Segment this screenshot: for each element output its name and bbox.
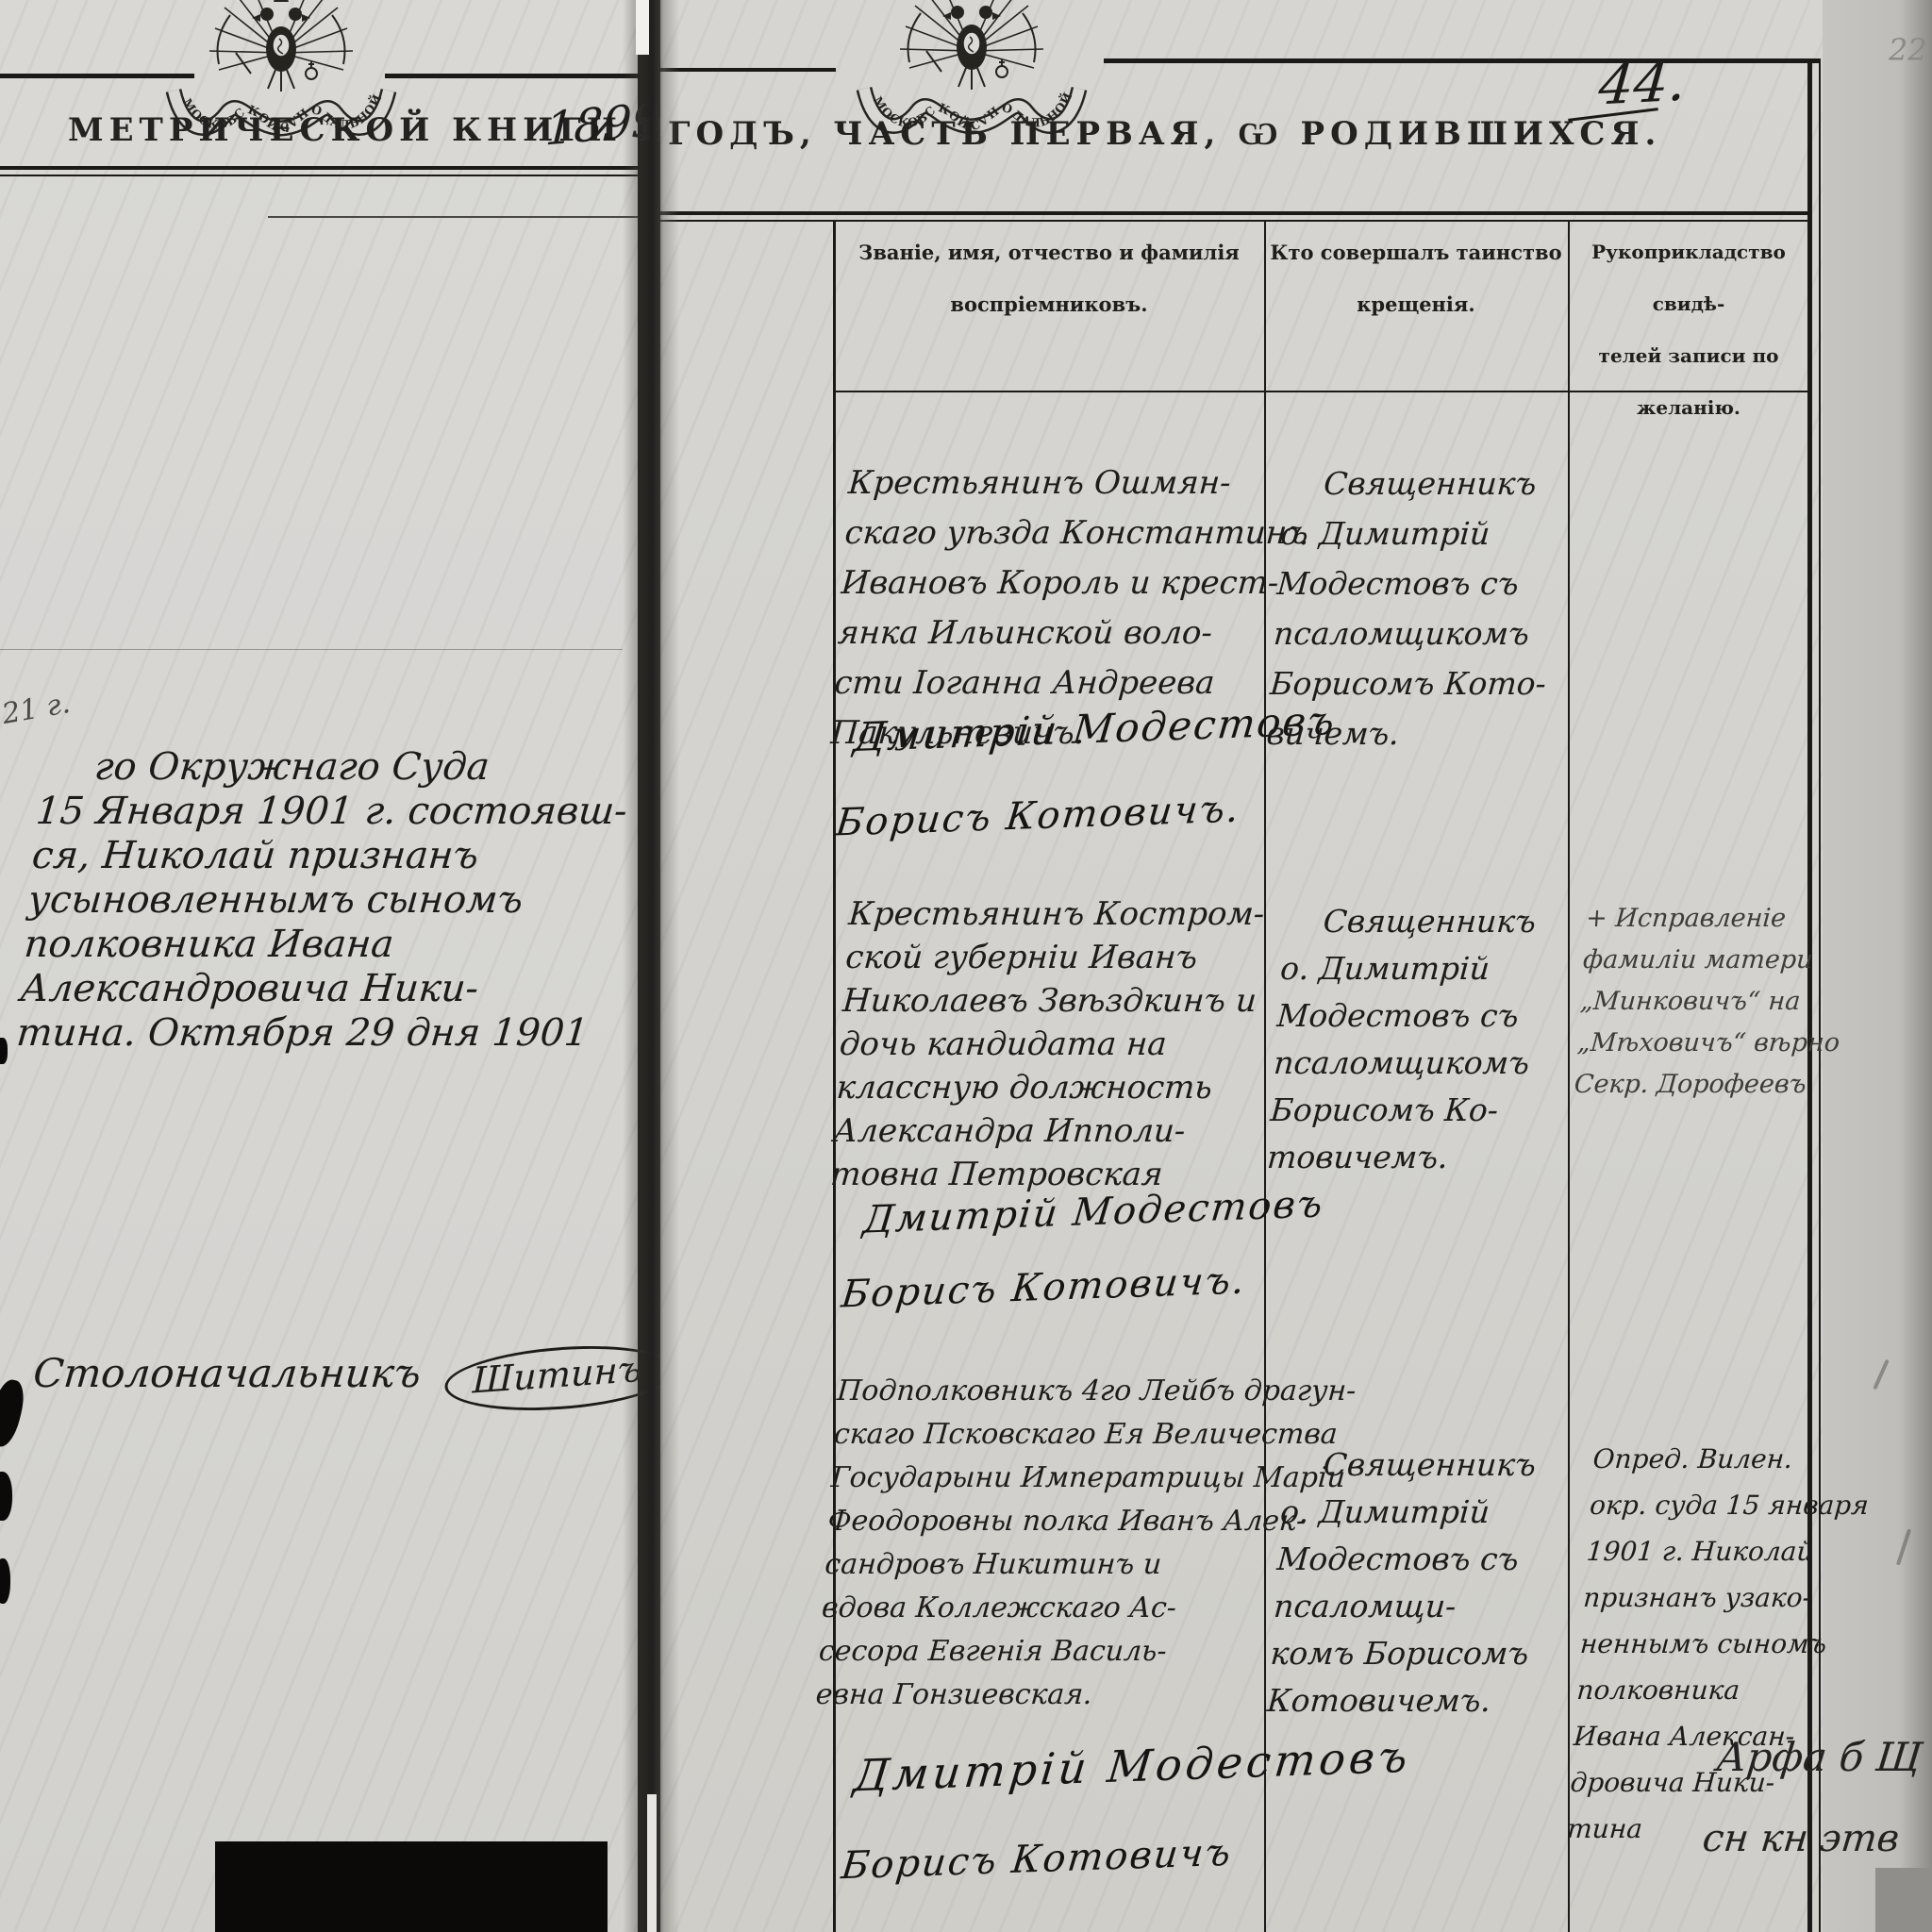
text-line: Александровича Ники- [19,967,614,1011]
decorative-rule [0,175,638,176]
text-line: Опред. Вилен. [1591,1436,1824,1482]
text-line: ся, Николай признанъ [30,834,625,878]
ink-blot [0,1558,10,1604]
text-line: Рукоприкладство свидѣ- [1570,226,1807,330]
text-line: Феодоровны полка Иванъ Алек- [826,1500,1339,1543]
text-line: ской губерніи Иванъ [844,936,1291,979]
text-line: Подполковникъ 4го Лейбъ драгун- [836,1370,1348,1413]
fold-paper-sliver-bottom [647,1794,657,1932]
text-line: Священникъ [1282,458,1578,508]
frame-rule-top [1104,58,1819,63]
entry-1-officiant: Священникъо. ДимитрійМодестовъ съпсаломщ… [1265,458,1578,758]
text-line: „Минковичъ“ на [1578,981,1826,1023]
handwritten-year: 1899 [544,92,662,156]
text-line: признанъ узако- [1582,1574,1815,1621]
entry-2-correction-note: + Исправленіефамиліи матери„Минковичъ“ н… [1573,898,1832,1106]
text-line: скаго уѣзда Константинъ [843,508,1291,558]
text-line: Модестовъ съ [1275,1536,1571,1583]
ink-blot [0,1376,28,1449]
text-line: Кто совершалъ таинство [1266,226,1566,278]
entry-2-godparent-signature-2: Борисъ Котовичъ. [840,1258,1249,1316]
text-line: классную должность [835,1066,1281,1109]
text-line: о. Димитрій [1278,945,1574,992]
column-header-witnesses: Рукоприкладство свидѣ-телей записи по же… [1570,226,1807,434]
table-top-border [660,211,1807,215]
entry-1-godparent-signature-2: Борисъ Котовичъ. [834,787,1243,844]
scan-edge-strip: 22 [1823,0,1932,1932]
text-line: тина. Октября 29 дня 1901 [15,1011,610,1056]
text-line: полковника [1575,1667,1808,1713]
text-line: евна Гонзиевская. [814,1674,1326,1717]
metric-book-scan: 22 МЕТРИЧЕСКОЙ КНИГИ НА 1899 21 г. го Ок… [0,0,1932,1932]
text-line: псаломщикомъ [1273,1040,1568,1087]
text-line: неннымъ сыномъ [1578,1621,1811,1667]
right-page: 44. ГОДЪ, ЧАСТЬ ПЕРВАЯ, Ѡ РОДИВШИХСЯ. Зв… [660,0,1823,1932]
text-line: го Окружнаго Суда [38,745,633,790]
text-line: сесора Евгенія Василь- [817,1630,1329,1674]
text-line: вичемъ. [1265,708,1561,758]
fold-paper-sliver-top [636,0,649,55]
entry-3-officiant: Священникъо. ДимитрійМодестовъ съпсаломщ… [1266,1441,1578,1724]
text-line: „Мѣховичъ“ вѣрно [1575,1023,1824,1064]
decorative-rule [0,166,638,170]
scan-black-bar [215,1841,608,1932]
text-line: усыновленнымъ сыномъ [26,878,622,923]
text-line: Государыни Императрицы Маріи [829,1457,1341,1500]
column-header-officiant: Кто совершалъ таинствокрещенія. [1266,226,1566,330]
text-line: комъ Борисомъ [1269,1630,1564,1677]
text-line: Священникъ [1282,1441,1577,1489]
court-adoption-note: го Окружнаго Суда15 Января 1901 г. состо… [15,745,633,1056]
clerk-signature: Шитинъ [444,1340,677,1418]
decorative-rule [268,216,638,218]
ink-blot [0,1472,12,1521]
text-line: Борисомъ Кото- [1269,658,1565,708]
text-line: о. Димитрій [1279,508,1575,558]
text-line: товичемъ. [1266,1134,1561,1181]
text-line: скаго Псковскаго Ея Величества [832,1413,1344,1457]
entry-2-godparents: Крестьянинъ Костром-ской губерніи ИванъН… [829,892,1294,1196]
text-line: полковника Ивана [23,923,618,967]
text-line: Крестьянинъ Ошмян- [846,458,1293,508]
text-line: окр. суда 15 января [1589,1482,1822,1528]
text-line: Александра Ипполи- [832,1109,1278,1153]
text-line: телей записи по желанію. [1570,330,1807,434]
book-title-right: ГОДЪ, ЧАСТЬ ПЕРВАЯ, Ѡ РОДИВШИХСЯ. [668,115,1661,153]
text-line: воспріемниковъ. [836,278,1262,330]
text-line: сандровъ Никитинъ и [824,1543,1336,1587]
edge-shadow-patch [1875,1868,1932,1932]
text-line: дочь кандидата на [838,1023,1284,1066]
clerk-line: СтолоначальникъШитинъ [30,1347,678,1409]
bleedthrough-stroke [1896,1528,1911,1565]
text-line: о. Димитрій [1278,1489,1574,1536]
text-line: Ивановъ Король и крест- [840,558,1287,608]
text-line: янка Ильинской воло- [836,608,1283,658]
text-line: + Исправленіе [1585,898,1833,940]
edge-scribble-1: Арфа б Щ [1714,1734,1924,1780]
edge-scribble-2: сн кн этв [1701,1817,1902,1860]
text-line: Священникъ [1282,898,1577,945]
text-line: Модестовъ съ [1275,992,1571,1040]
text-line: крещенія. [1266,278,1566,330]
ink-blot [0,1038,8,1064]
column-header-godparents: Званіе, имя, отчество и фамиліявоспріемн… [836,226,1262,330]
entry-3-court-note: Опред. Вилен.окр. суда 15 января1901 г. … [1566,1436,1825,1852]
text-line: псаломщикомъ [1272,608,1568,658]
page-number: 44. [1596,48,1689,117]
text-line: Секр. Дорофеевъ [1573,1064,1821,1106]
text-line: 1901 г. Николай [1585,1528,1818,1574]
text-line: псаломщи- [1273,1583,1568,1630]
text-line: Крестьянинъ Костром- [847,892,1293,936]
frame-rule-top-left [660,68,836,72]
text-line: вдова Коллежскаго Ас- [821,1587,1333,1630]
entry-3-godparent-signature-1: Дмитрій Модестовъ [851,1731,1413,1802]
clerk-title: Столоначальникъ [31,1350,423,1396]
paper-crease [0,649,623,650]
decorative-rule [0,74,194,78]
text-line: Котовичемъ. [1266,1677,1561,1724]
left-page: МЕТРИЧЕСКОЙ КНИГИ НА 1899 21 г. го Окруж… [0,0,638,1932]
corner-page-number: 22 [1889,32,1927,68]
decorative-rule [385,74,638,78]
text-line: 15 Января 1901 г. состоявш- [34,790,629,834]
bleedthrough-stroke [1873,1359,1889,1391]
entry-2-officiant: Священникъо. ДимитрійМодестовъ съпсаломщ… [1266,898,1578,1181]
entry-3-godparent-signature-2: Борисъ Котовичъ [840,1831,1235,1889]
text-line: Званіе, имя, отчество и фамилія [836,226,1262,278]
margin-note-fragment: 21 г. [0,687,73,731]
text-line: Модестовъ съ [1275,558,1572,608]
text-line: фамиліи матери [1582,940,1830,981]
text-line: Николаевъ Звѣздкинъ и [841,979,1288,1023]
entry-3-godparents: Подполковникъ 4го Лейбъ драгун-скаго Пск… [814,1370,1348,1717]
text-line: Борисомъ Ко- [1269,1087,1564,1134]
